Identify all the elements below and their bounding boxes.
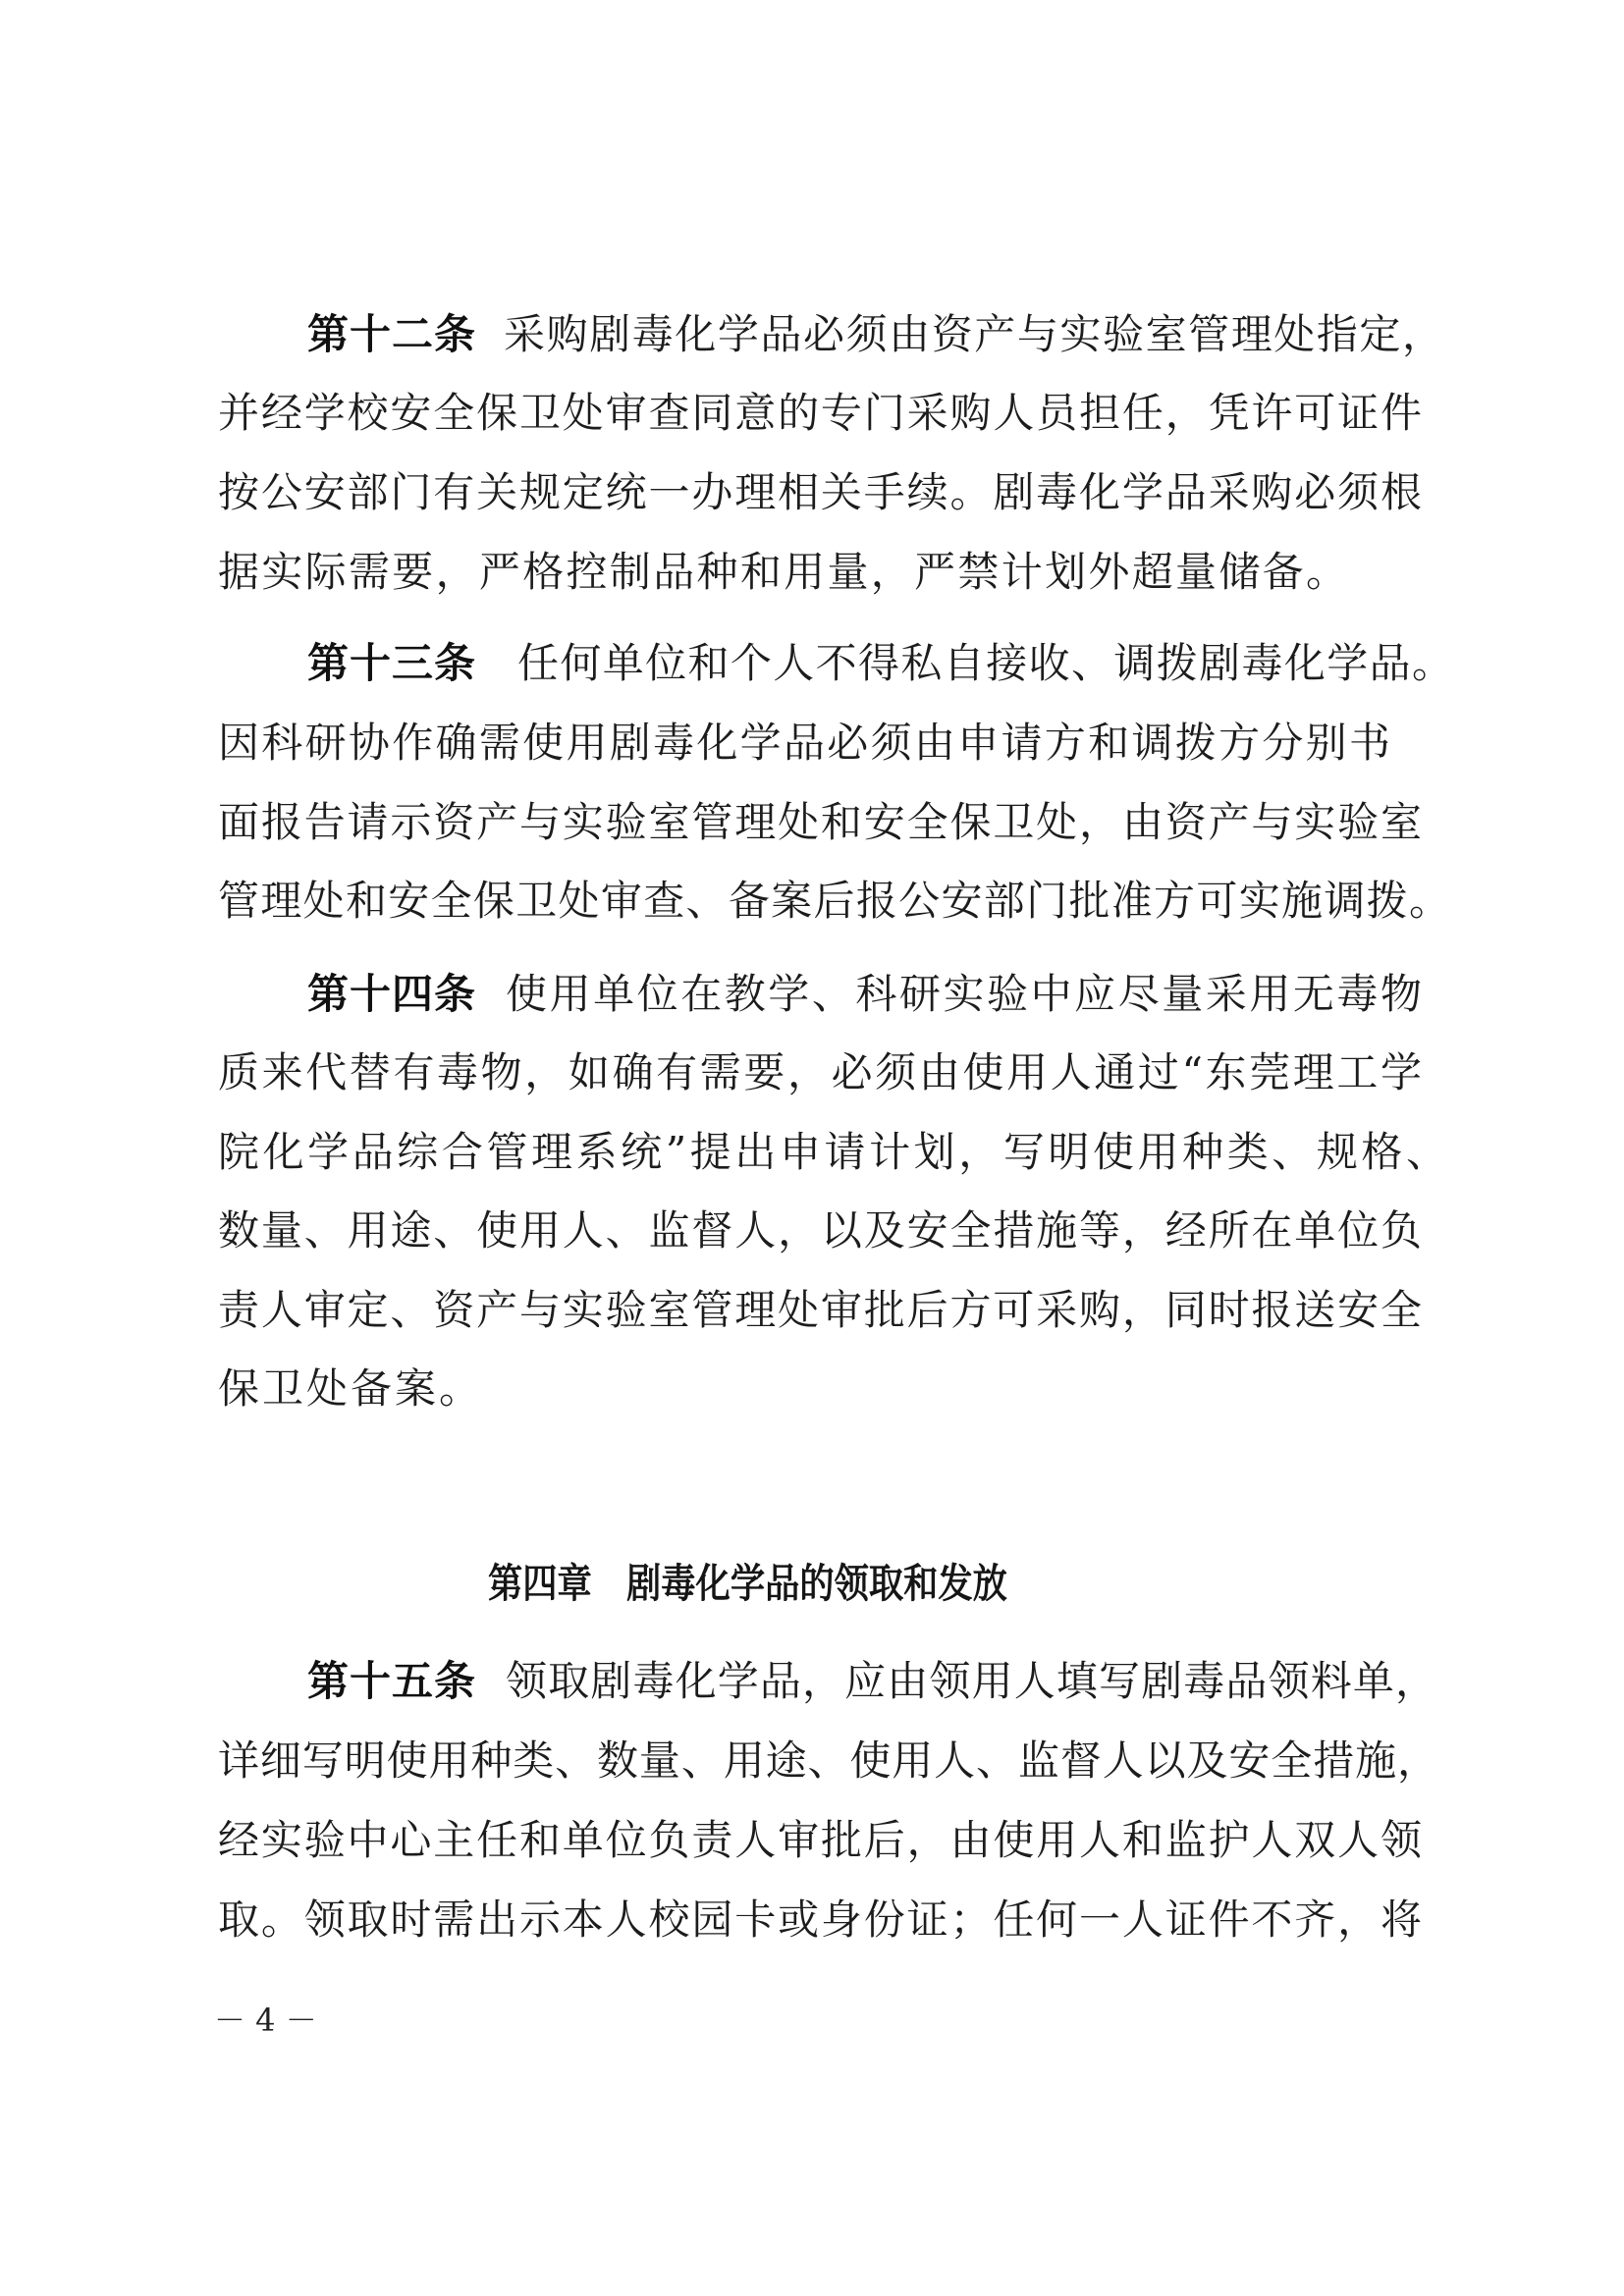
text-line: 保卫处备案。 bbox=[218, 1366, 480, 1412]
page-number: － 4 － bbox=[214, 2002, 312, 2038]
text-line: 使用单位在教学、科研实验中应尽量采用无毒物 bbox=[506, 972, 1422, 1017]
text-line: 责人审定、资产与实验室管理处审批后方可采购，同时报送安全 bbox=[218, 1288, 1422, 1333]
article-lead-line: 第十五条 领取剧毒化学品，应由领用人填写剧毒品领料单， bbox=[307, 1659, 1436, 1704]
text-line: 采购剧毒化学品必须由资产与实验室管理处指定， bbox=[504, 312, 1443, 357]
text-line: 取。领取时需出示本人校园卡或身份证；任何一人证件不齐，将 bbox=[218, 1897, 1422, 1943]
article-lead-line: 第十三条 任何单位和个人不得私自接收、调拨剧毒化学品。 bbox=[307, 641, 1453, 686]
document-page: 第十二条 采购剧毒化学品必须由资产与实验室管理处指定， 并经学校安全保卫处审查同… bbox=[0, 0, 1624, 2296]
text-line: 任何单位和个人不得私自接收、调拨剧毒化学品。 bbox=[517, 641, 1453, 686]
text-line: 经实验中心主任和单位负责人审批后，由使用人和监护人双人领 bbox=[218, 1818, 1422, 1863]
text-line: 院化学品综合管理系统”提出申请计划，写明使用种类、规格、 bbox=[218, 1130, 1447, 1175]
article-lead-line: 第十四条 使用单位在教学、科研实验中应尽量采用无毒物 bbox=[307, 972, 1422, 1017]
article-label: 第十三条 bbox=[307, 641, 476, 686]
text-line: 管理处和安全保卫处审查、备案后报公安部门批准方可实施调拨。 bbox=[218, 879, 1450, 924]
text-line: 并经学校安全保卫处审查同意的专门采购人员担任，凭许可证件 bbox=[218, 391, 1422, 436]
text-line: 详细写明使用种类、数量、用途、使用人、监督人以及安全措施， bbox=[218, 1738, 1438, 1784]
text-line: 质来代替有毒物，如确有需要，必须由使用人通过“东莞理工学 bbox=[218, 1050, 1422, 1095]
article-label: 第十五条 bbox=[307, 1659, 476, 1704]
text-line: 据实际需要，严格控制品种和用量，严禁计划外超量储备。 bbox=[218, 550, 1347, 595]
article-lead-line: 第十二条 采购剧毒化学品必须由资产与实验室管理处指定， bbox=[307, 312, 1443, 357]
article-label: 第十四条 bbox=[307, 972, 476, 1017]
text-line: 按公安部门有关规定统一办理相关手续。剧毒化学品采购必须根 bbox=[218, 470, 1422, 515]
text-line: 因科研协作确需使用剧毒化学品必须由申请方和调拨方分别书 bbox=[218, 721, 1390, 766]
chapter-heading: 第四章 剧毒化学品的领取和发放 bbox=[488, 1560, 961, 1607]
text-line: 面报告请示资产与实验室管理处和安全保卫处，由资产与实验室 bbox=[218, 800, 1422, 845]
article-label: 第十二条 bbox=[307, 312, 476, 357]
text-line: 数量、用途、使用人、监督人，以及安全措施等，经所在单位负 bbox=[218, 1208, 1422, 1254]
text-line: 领取剧毒化学品，应由领用人填写剧毒品领料单， bbox=[506, 1659, 1436, 1704]
